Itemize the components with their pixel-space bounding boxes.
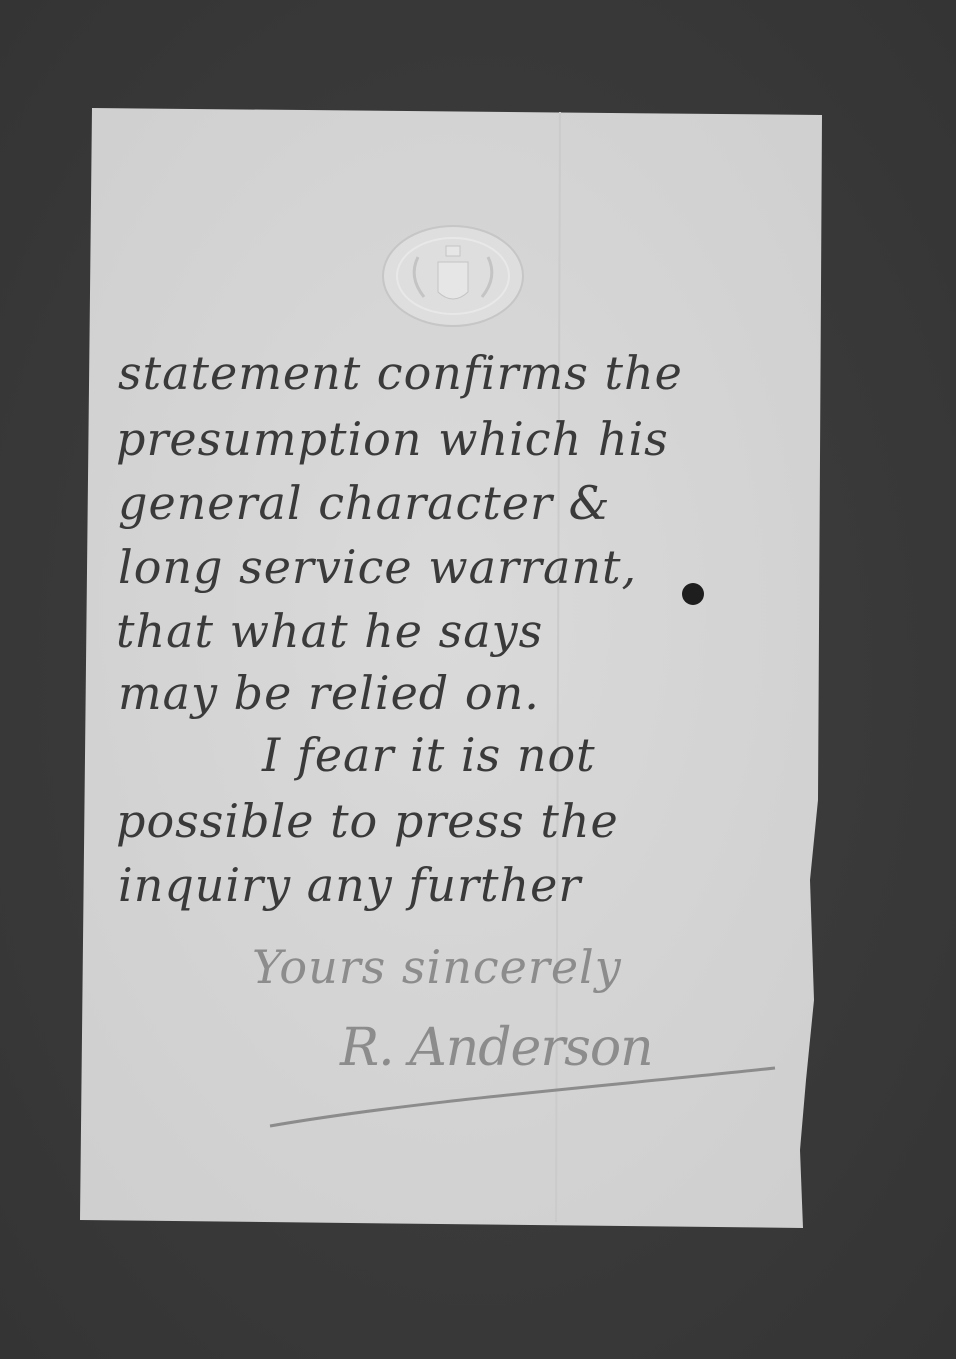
closing-salutation: Yours sincerely bbox=[252, 940, 622, 994]
letter-line: presumption which his bbox=[116, 412, 669, 466]
letter-line: possible to press the bbox=[116, 794, 619, 848]
crest-icon bbox=[378, 222, 528, 330]
letter-line: I fear it is not bbox=[262, 728, 596, 782]
letter-page: statement confirms the presumption which… bbox=[0, 0, 956, 1359]
signature: R. Anderson bbox=[340, 1018, 653, 1078]
letter-line: general character & bbox=[118, 476, 611, 530]
letter-line: may be relied on. bbox=[118, 666, 540, 720]
letter-line: long service warrant, bbox=[118, 540, 637, 594]
letter-line: that what he says bbox=[116, 604, 543, 658]
letter-line: inquiry any further bbox=[118, 858, 581, 912]
letter-line: statement confirms the bbox=[118, 346, 683, 400]
